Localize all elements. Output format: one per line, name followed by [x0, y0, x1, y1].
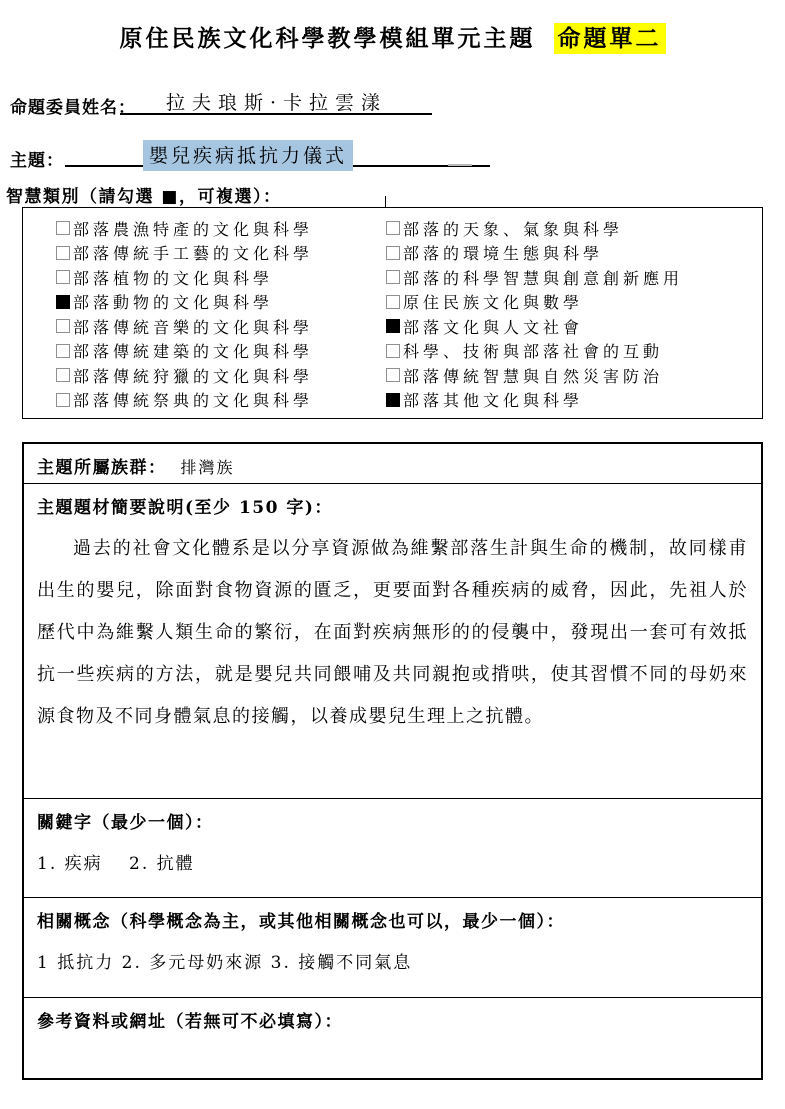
description-text: 過去的社會文化體系是以分享資源做為維繫部落生計與生命的機制，故同樣甫出生的嬰兒，…: [37, 528, 748, 738]
category-option: 部落傳統智慧與自然災害防治: [386, 363, 683, 388]
column-divider-tick: [385, 196, 386, 207]
category-option-label: 部落其他文化與科學: [403, 388, 583, 411]
concepts-row: 相關概念（科學概念為主，或其他相關概念也可以，最少一個）： 1 抵抗力 2. 多…: [24, 898, 761, 998]
checkbox-icon: [56, 270, 70, 284]
category-option-label: 部落傳統智慧與自然災害防治: [403, 364, 663, 387]
category-option-label: 部落動物的文化與科學: [73, 290, 273, 313]
checkbox-icon: [56, 221, 70, 235]
category-heading: 智慧類別（請勾選 ■，可複選）：: [6, 182, 281, 207]
checkbox-icon: [56, 344, 70, 358]
ethnic-group-row: 主題所屬族群：排灣族: [24, 444, 761, 484]
reference-row: 參考資料或網址（若無可不必填寫）：: [24, 998, 761, 1078]
topic-detail-table: 主題所屬族群：排灣族 主題題材簡要說明(至少 150 字)： 過去的社會文化體系…: [22, 442, 763, 1080]
ethnic-group-label: 主題所屬族群：: [37, 458, 167, 478]
description-row: 主題題材簡要說明(至少 150 字)： 過去的社會文化體系是以分享資源做為維繫部…: [24, 484, 761, 799]
category-option: 部落文化與人文社會: [386, 314, 683, 339]
topic-underline: 嬰兒疾病抵抗力儀式: [65, 140, 490, 167]
category-option-label: 部落的天象、氣象與科學: [403, 217, 623, 240]
category-option: 科學、技術與部落社會的互動: [386, 339, 683, 364]
committee-name-label: 命題委員姓名：: [10, 93, 136, 118]
category-option: 原住民族文化與數學: [386, 290, 683, 315]
category-option: 部落其他文化與科學: [386, 388, 683, 413]
category-option-label: 部落傳統音樂的文化與科學: [73, 315, 313, 338]
category-option: 部落動物的文化與科學: [56, 290, 313, 315]
category-option: 部落的天象、氣象與科學: [386, 216, 683, 241]
category-checkbox-box: 部落農漁特產的文化與科學 部落傳統手工藝的文化科學 部落植物的文化與科學 部落動…: [22, 207, 763, 419]
category-option: 部落的環境生態與科學: [386, 241, 683, 266]
topic-label: 主題：: [10, 146, 64, 171]
category-option-label: 部落傳統祭典的文化與科學: [73, 388, 313, 411]
category-option: 部落傳統音樂的文化與科學: [56, 314, 313, 339]
keywords-value: 1. 疾病 2. 抗體: [37, 849, 748, 874]
category-option: 部落傳統祭典的文化與科學: [56, 388, 313, 413]
reference-label: 參考資料或網址（若無可不必填寫）：: [37, 1007, 748, 1032]
page-title-highlight: 命題單二: [554, 23, 666, 54]
category-option: 部落植物的文化與科學: [56, 265, 313, 290]
concepts-value: 1 抵抗力 2. 多元母奶來源 3. 接觸不同氣息: [37, 948, 748, 973]
checkbox-icon: [386, 246, 400, 260]
page-title-line: 原住民族文化科學教學模組單元主題命題單二: [0, 20, 785, 53]
checkbox-icon: [386, 368, 400, 382]
topic-value: 嬰兒疾病抵抗力儀式: [143, 140, 353, 171]
category-option: 部落農漁特產的文化與科學: [56, 216, 313, 241]
checkbox-icon: [386, 270, 400, 284]
category-option: 部落傳統建築的文化與科學: [56, 339, 313, 364]
checkbox-icon: [56, 393, 70, 407]
checkbox-icon: [386, 295, 400, 309]
category-column-right: 部落的天象、氣象與科學 部落的環境生態與科學 部落的科學智慧與創意創新應用 原住…: [386, 216, 683, 412]
category-option-label: 部落農漁特產的文化與科學: [73, 217, 313, 240]
checkbox-icon: [386, 221, 400, 235]
category-option-label: 部落的環境生態與科學: [403, 241, 603, 264]
checkbox-icon: [386, 393, 400, 407]
keywords-row: 關鍵字（最少一個）： 1. 疾病 2. 抗體: [24, 799, 761, 898]
category-option-label: 部落植物的文化與科學: [73, 266, 273, 289]
category-option-label: 部落傳統狩獵的文化與科學: [73, 364, 313, 387]
category-option-label: 原住民族文化與數學: [403, 290, 583, 313]
description-label: 主題題材簡要說明(至少 150 字)：: [37, 493, 748, 518]
checkbox-icon: [56, 368, 70, 382]
category-option-label: 部落傳統手工藝的文化科學: [73, 241, 313, 264]
category-option: 部落傳統狩獵的文化與科學: [56, 363, 313, 388]
checkbox-icon: [386, 344, 400, 358]
checkbox-icon: [56, 319, 70, 333]
document-page: 原住民族文化科學教學模組單元主題命題單二 命題委員姓名： 拉夫琅斯·卡拉雲漾 主…: [0, 0, 785, 1109]
category-option-label: 部落傳統建築的文化與科學: [73, 339, 313, 362]
category-column-left: 部落農漁特產的文化與科學 部落傳統手工藝的文化科學 部落植物的文化與科學 部落動…: [56, 216, 313, 412]
checkbox-icon: [386, 319, 400, 333]
keywords-label: 關鍵字（最少一個）：: [37, 808, 748, 833]
concepts-label: 相關概念（科學概念為主，或其他相關概念也可以，最少一個）：: [37, 907, 748, 932]
category-option: 部落傳統手工藝的文化科學: [56, 241, 313, 266]
committee-name-value: 拉夫琅斯·卡拉雲漾: [120, 88, 432, 115]
checkbox-icon: [56, 246, 70, 260]
category-option: 部落的科學智慧與創意創新應用: [386, 265, 683, 290]
page-title: 原住民族文化科學教學模組單元主題: [120, 25, 536, 52]
category-option-label: 部落的科學智慧與創意創新應用: [403, 266, 683, 289]
ethnic-group-value: 排灣族: [181, 458, 235, 477]
checkbox-icon: [56, 295, 70, 309]
category-option-label: 科學、技術與部落社會的互動: [403, 339, 663, 362]
underline-artifact: [448, 164, 472, 166]
category-option-label: 部落文化與人文社會: [403, 315, 583, 338]
